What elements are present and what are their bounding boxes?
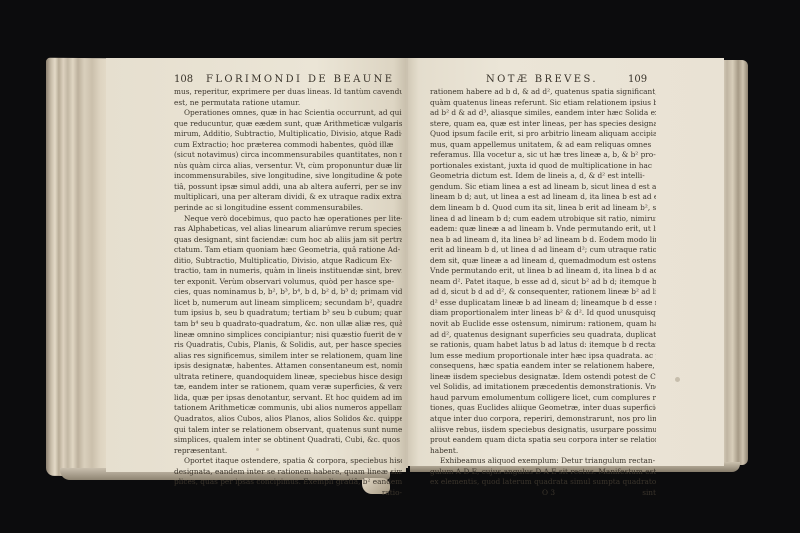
text-line: aliisve rebus, iisdem speciebus designat… (430, 425, 656, 436)
text-line: tæ, eandem inter se rationem, quam veræ … (174, 382, 402, 393)
text-line: tam b⁴ seu b quadrato-quadratum, &c. non… (174, 319, 402, 330)
paper-speck (256, 448, 259, 451)
text-line: tractio, tam in numeris, quàm in lineis … (174, 266, 402, 277)
text-line: portionales existant, juxta id quod de m… (430, 161, 656, 172)
text-line: tiones, quas Euclides aliique Geometræ, … (430, 403, 656, 414)
text-line: Vnde permutando erit, ut linea b ad line… (430, 266, 656, 277)
gutter-fold (406, 58, 408, 468)
text-line: ipsis designatæ, habentes. Attamen conse… (174, 361, 402, 372)
catchword: sint (642, 488, 656, 499)
text-line: ter exponit. Verùm observari volumus, qu… (174, 277, 402, 288)
text-line: referamus. Illa vocetur a, sic ut hæ tre… (430, 150, 656, 161)
text-line: alias res significemus, similem inter se… (174, 351, 402, 362)
text-line: nea b ad lineam d, ita linea b² ad linea… (430, 235, 656, 246)
text-line: plices, quas per ipsas concipimus. Exemp… (174, 477, 402, 488)
text-line: lum esse medium proportionale inter hæc … (430, 351, 656, 362)
right-page-text: rationem habere ad b d, & ad d², quatenu… (430, 87, 656, 498)
text-line: ctatum. Tam etiam quoniam hæc Geometria,… (174, 245, 402, 256)
text-line: ad d, sicut b d ad d², & consequenter, r… (430, 287, 656, 298)
text-line: est, ne permutata ratione utamur. (174, 98, 402, 109)
left-page: 108 FLORIMONDI DE BEAUNE mus, reperitur,… (106, 58, 406, 472)
text-line: neam d². Patet itaque, b esse ad d, sicu… (430, 277, 656, 288)
text-line: haud parvum emolumentum colligere licet,… (430, 393, 656, 404)
paper-speck (675, 377, 680, 382)
text-line: que reducuntur, quæ eædem sunt, quæ Arit… (174, 119, 402, 130)
text-line: stere, quam ea, quæ est inter lineas, pe… (430, 119, 656, 130)
right-page-block-edge (720, 60, 748, 465)
signature-mark: O 3 (542, 488, 555, 499)
text-line: repræsentant. (174, 446, 402, 457)
text-line: lida, quæ per ipsas denotantur, servant.… (174, 393, 402, 404)
text-line: mus, reperitur, exprimere per duas linea… (174, 87, 402, 98)
text-line: Quod ipsum facile erit, si pro arbitrio … (430, 129, 656, 140)
running-head-left: FLORIMONDI DE BEAUNE (206, 74, 394, 85)
text-line: tum ipsius b, seu b quadratum; tertiam b… (174, 308, 402, 319)
catchword: ratio- (174, 488, 402, 499)
text-line: ras Alphabeticas, vel alias linearum ali… (174, 224, 402, 235)
page-number-right: 109 (628, 74, 647, 85)
text-line: mus, quam appellemus unitatem, & ad eam … (430, 140, 656, 151)
text-line: lineam b d; aut, ut linea a est ad linea… (430, 192, 656, 203)
text-line: cum Extractio; hoc præterea commodi habe… (174, 140, 402, 151)
text-line: ex elementis, quod laterum quadrata simu… (430, 477, 656, 488)
open-book: 108 FLORIMONDI DE BEAUNE mus, reperitur,… (0, 0, 800, 533)
text-line: diam proportionalem inter lineas b² & d²… (430, 308, 656, 319)
text-line: cies, quas nominamus b, b², b³, b⁴, b d,… (174, 287, 402, 298)
text-line: novit ab Euclide esse ostensum, nimirum:… (430, 319, 656, 330)
running-head-right: NOTÆ BREVES. (486, 74, 598, 85)
text-line: linea d ad lineam b d; cum eadem utrobiq… (430, 214, 656, 225)
text-line: mirum, Additio, Subtractio, Multiplicati… (174, 129, 402, 140)
text-line: ad d², quatenus designant superficies se… (430, 330, 656, 341)
text-line: erit ad lineam b d, ut linea d ad lineam… (430, 245, 656, 256)
right-page: NOTÆ BREVES. 109 rationem habere ad b d,… (406, 58, 724, 466)
text-line: nùs quàm circa alias, versentur. Vt, cùm… (174, 161, 402, 172)
text-line: dem sit, quæ lineæ a ad lineam d, quemad… (430, 256, 656, 267)
text-line: habent. (430, 446, 656, 457)
text-line: ad b² d & ad d³, aliasque similes, eande… (430, 108, 656, 119)
text-line: consequens, hæc spatia eandem inter se r… (430, 361, 656, 372)
text-line: dem lineam b d. Quod cum ita sit, linea … (430, 203, 656, 214)
text-line: gulum A D E, cujus angulus D A E sit rec… (430, 467, 656, 478)
text-line: rationem habere ad b d, & ad d², quatenu… (430, 87, 656, 98)
text-line: lineæ omnino simplices concipiantur; nis… (174, 330, 402, 341)
text-line: Geometria dictum est. Idem de lineis a, … (430, 171, 656, 182)
text-line: prout eandem quam dicta spatia seu corpo… (430, 435, 656, 446)
text-line: Neque verò docebimus, quo pacto hæ opera… (174, 214, 402, 225)
page-number-left: 108 (174, 74, 193, 85)
text-line: (sicut notavimus) circa incommensurabile… (174, 150, 402, 161)
text-line: simplices, qualem inter se obtinent Quad… (174, 435, 402, 446)
text-line: multiplicari, una per alteram dividi, & … (174, 192, 402, 203)
text-line: d² esse duplicatam lineæ b ad lineam d; … (430, 298, 656, 309)
text-line: lineæ iisdem speciebus designatæ. Idem o… (430, 372, 656, 383)
text-line: eadem: quæ lineæ a ad lineam b. Vnde per… (430, 224, 656, 235)
text-line: Oportet itaque ostendere, spatia & corpo… (174, 456, 402, 467)
text-line: atque inter duo corpora, reperiri, demon… (430, 414, 656, 425)
text-line: ultrata retinere, quandoquidem lineæ, sp… (174, 372, 402, 383)
text-line: se rationis, quam habet latus b ad latus… (430, 340, 656, 351)
text-line: gendum. Sic etiam linea a est ad lineam … (430, 182, 656, 193)
left-page-text: mus, reperitur, exprimere per duas linea… (174, 87, 402, 498)
text-line: designata, eandem inter se rationem habe… (174, 467, 402, 478)
text-line: ditio, Subtractio, Multiplicatio, Divisi… (174, 256, 402, 267)
text-line: tiâ, possunt ipsæ simul addi, una ab alt… (174, 182, 402, 193)
text-line: licet b, numerum aut lineam simplicem; s… (174, 298, 402, 309)
text-line: Operationes omnes, quæ in hac Scientia o… (174, 108, 402, 119)
text-line: quàm quatenus lineas referunt. Sic etiam… (430, 98, 656, 109)
text-line: incommensurabiles, sive longitudine, siv… (174, 171, 402, 182)
text-line: Quadratos, alios Cubos, alios Planos, al… (174, 414, 402, 425)
text-line: perinde ac si longitudine essent commens… (174, 203, 402, 214)
text-line: vel Solidis, ad imitationem præcedentis … (430, 382, 656, 393)
left-page-block-edge (46, 58, 110, 476)
text-line: tationem Arithmeticæ communis, ubi alios… (174, 403, 402, 414)
text-line: qui talem inter se relationem observant,… (174, 425, 402, 436)
text-line: ris Quadratis, Cubis, Planis, & Solidis,… (174, 340, 402, 351)
text-line: Exhibeamus aliquod exemplum: Detur trian… (430, 456, 656, 467)
text-line: quas designant, sint faciendæ: cum hoc a… (174, 235, 402, 246)
